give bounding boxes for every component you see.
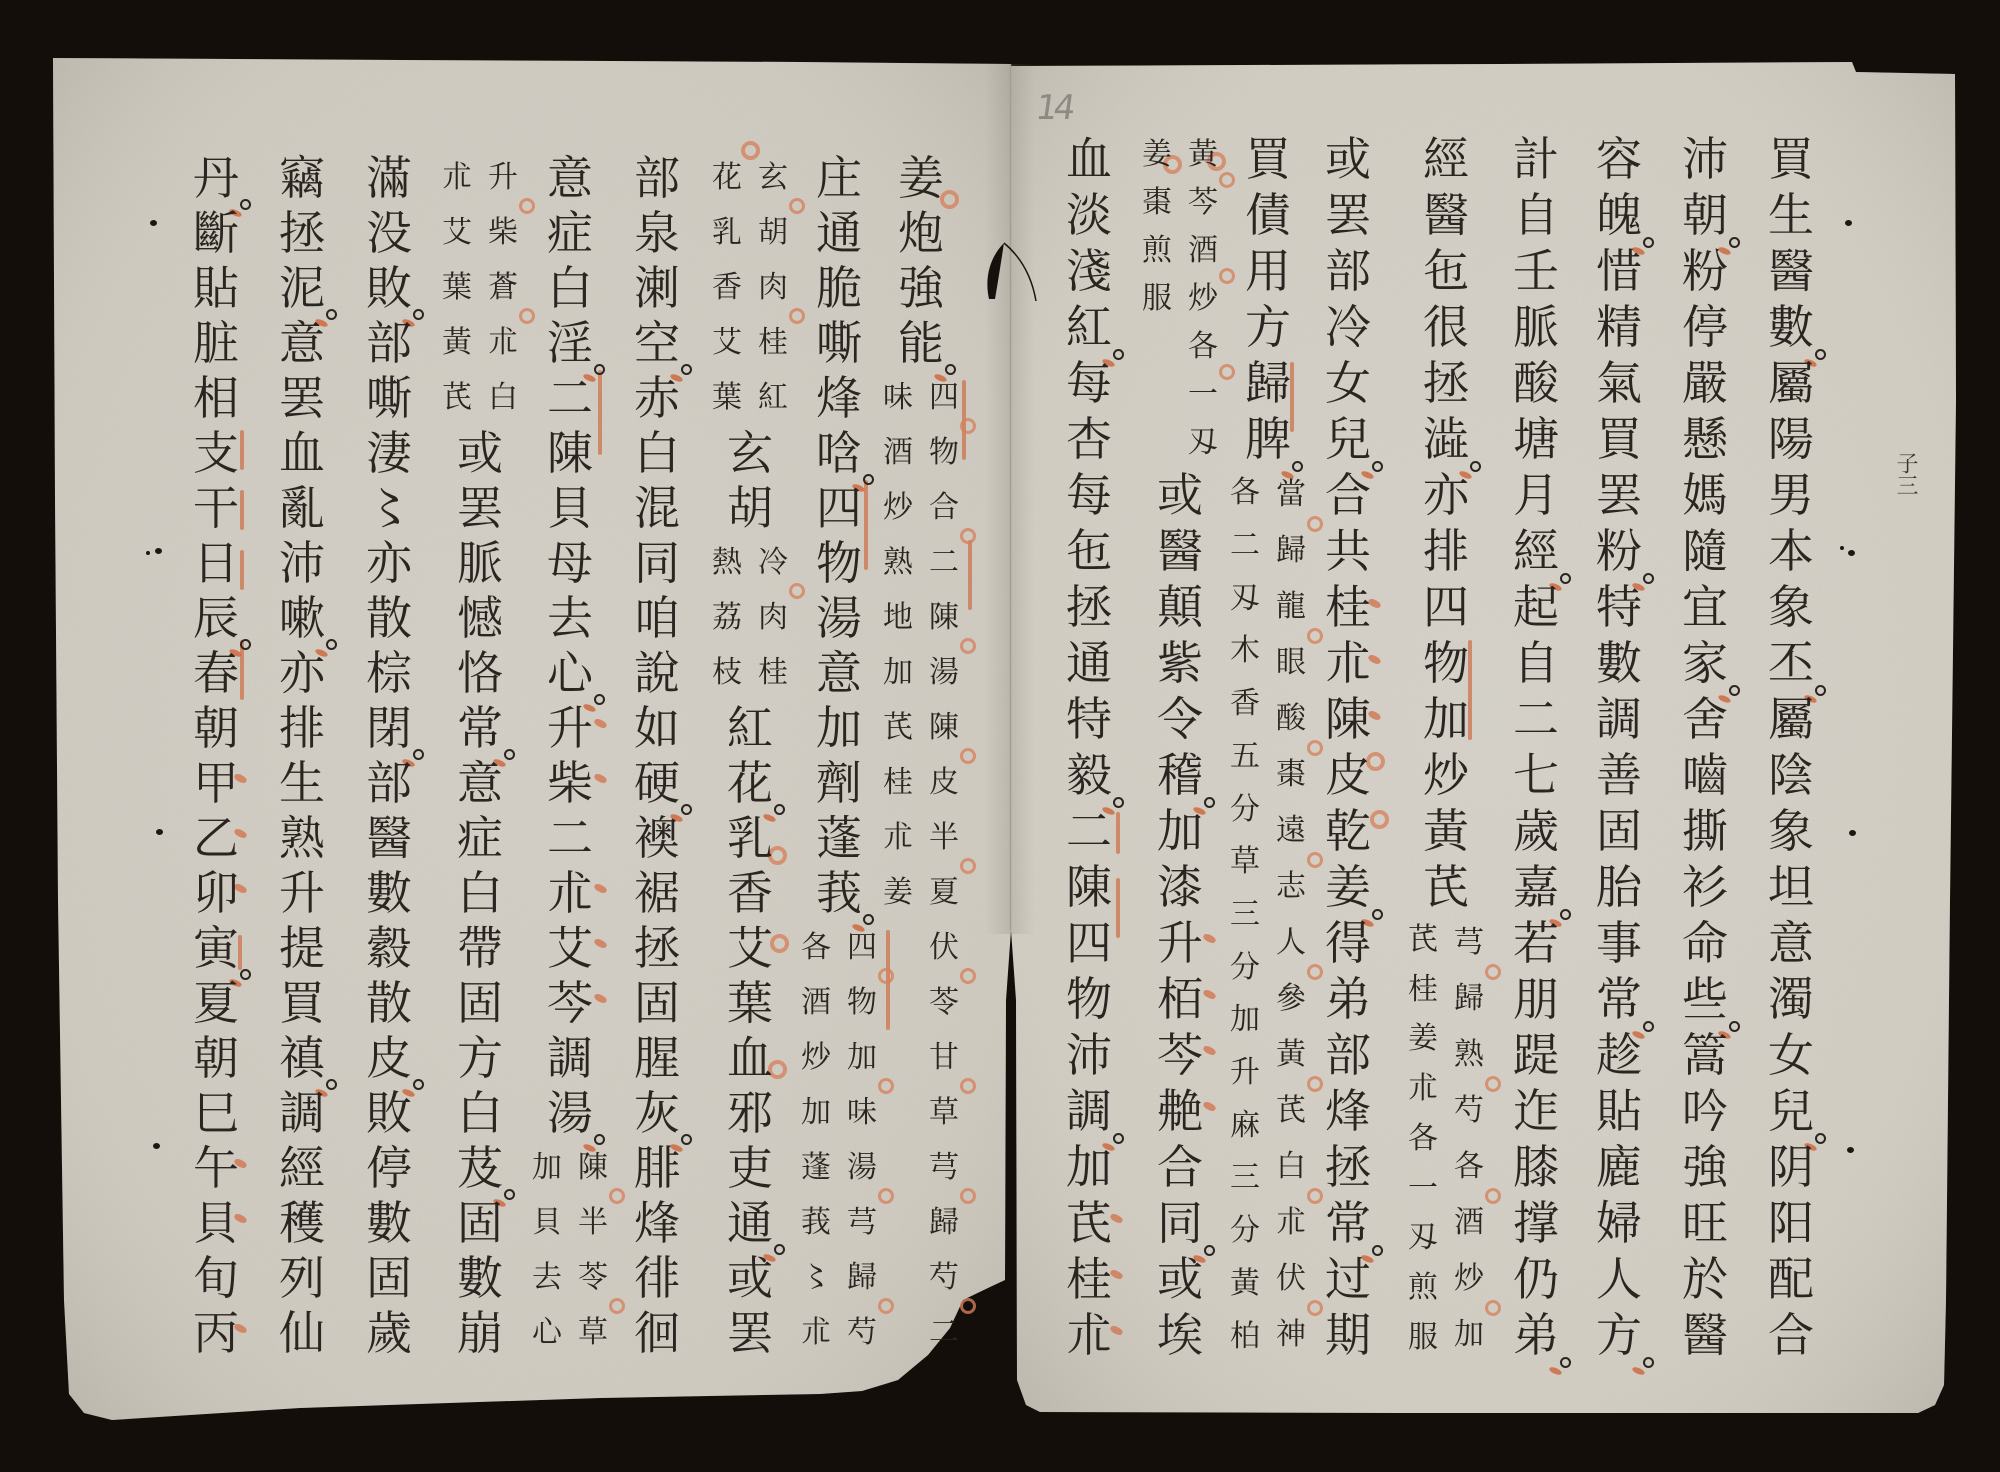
glyph: 竊 (274, 150, 330, 205)
left-page-text: 姜炮強能四物合二陳湯陳皮半夏伏苓甘草芎歸芍二味酒炒熟地加芪桂朮姜 庄通脆嘶烽唅四… (0, 0, 2000, 1472)
glyph: 血 (722, 1030, 778, 1085)
glyph: 加 (811, 700, 867, 755)
text-column-l8: 竊拯泥意罢血亂沛嗽亦排生熟升提買禛調經穫列仙 (274, 150, 330, 1360)
glyph: 嘶 (811, 315, 867, 370)
glyph: 二 (924, 1305, 964, 1360)
glyph: 皮 (361, 1030, 417, 1085)
glyph: 芍 (924, 1250, 964, 1305)
glyph: 閉 (361, 700, 417, 755)
glyph: 意 (274, 315, 330, 370)
glyph: 生 (274, 755, 330, 810)
glyph: 如 (629, 700, 685, 755)
glyph: 加 (878, 645, 918, 700)
glyph: 芨 (452, 1140, 508, 1195)
glyph: 桂 (878, 755, 918, 810)
glyph: 同 (629, 535, 685, 590)
glyph: 常 (452, 700, 508, 755)
glyph: 味 (842, 1085, 882, 1140)
glyph: 加 (796, 1085, 836, 1140)
glyph: 意 (542, 150, 598, 205)
glyph: 炮 (893, 205, 949, 260)
glyph: 白 (452, 865, 508, 920)
glyph: 通 (811, 205, 867, 260)
glyph: 崩 (452, 1305, 508, 1360)
text-column-l5: 意症白淫二陳貝母去心升柴二朮艾芩調湯陳半苓草加貝去心 (542, 150, 598, 1360)
glyph: 陳 (542, 425, 598, 480)
interlinear-note: 冷肉桂熱荔枝 (707, 535, 793, 700)
glyph: 固 (629, 975, 685, 1030)
glyph: 湯 (542, 1085, 598, 1140)
text-column-l6: 升柴蒼朮白朮艾葉黃芪或罢脈憾恪常意症白帶固方白芨固數崩 (452, 150, 508, 1360)
glyph: 貝 (188, 1195, 244, 1250)
glyph: 陳 (924, 590, 964, 645)
glyph: 母 (542, 535, 598, 590)
glyph: 炒 (878, 480, 918, 535)
glyph: 白 (629, 425, 685, 480)
glyph: 柴 (483, 205, 523, 260)
glyph: 帶 (452, 920, 508, 975)
glyph: 莪 (811, 865, 867, 920)
glyph: 棕 (361, 645, 417, 700)
glyph: 經 (274, 1140, 330, 1195)
glyph: 罢 (274, 370, 330, 425)
glyph: 陳 (924, 700, 964, 755)
glyph: 日 (188, 535, 244, 590)
glyph: 固 (361, 1250, 417, 1305)
glyph: 〻 (796, 1250, 836, 1305)
glyph: 紅 (722, 700, 778, 755)
glyph: 午 (188, 1140, 244, 1195)
glyph: 歲 (361, 1305, 417, 1360)
glyph: 赤 (629, 370, 685, 425)
glyph: 敗 (361, 1085, 417, 1140)
glyph: 枝 (707, 645, 747, 700)
interlinear-note: 陳半苓草加貝去心 (527, 1140, 613, 1360)
glyph: 禛 (274, 1030, 330, 1085)
glyph: 貼 (188, 260, 244, 315)
glyph: 夏 (924, 865, 964, 920)
glyph: 咱 (629, 590, 685, 645)
glyph: 泉 (629, 205, 685, 260)
glyph: 歸 (924, 1195, 964, 1250)
glyph: 朝 (188, 700, 244, 755)
glyph: 冷 (753, 535, 793, 590)
glyph: 甲 (188, 755, 244, 810)
glyph: 草 (924, 1085, 964, 1140)
glyph: 罢 (722, 1305, 778, 1360)
note-left-line: 朮艾葉黃芪 (437, 150, 477, 425)
glyph: 湯 (924, 645, 964, 700)
glyph: 芎 (842, 1195, 882, 1250)
glyph: 買 (274, 975, 330, 1030)
glyph: 列 (274, 1250, 330, 1305)
glyph: 唅 (811, 425, 867, 480)
glyph: 丙 (188, 1305, 244, 1360)
glyph: 酒 (878, 425, 918, 480)
glyph: 通 (722, 1195, 778, 1250)
glyph: 朮 (483, 315, 523, 370)
glyph: 熟 (878, 535, 918, 590)
glyph: 夏 (188, 975, 244, 1030)
glyph: 方 (452, 1030, 508, 1085)
glyph: 花 (707, 150, 747, 205)
text-column-l4: 部泉溂空赤白混同咱說如硬襖裾拯固腥灰腓烽徘徊 (629, 150, 685, 1360)
text-column-l7: 滿没敗部嘶淒〻亦散棕閉部醫數縠散皮敗停數固歲 (361, 150, 417, 1360)
glyph: 紅 (753, 370, 793, 425)
glyph: 春 (188, 645, 244, 700)
glyph: 朮 (796, 1305, 836, 1360)
glyph: 二 (542, 370, 598, 425)
glyph: 恪 (452, 645, 508, 700)
text-column-l2: 庄通脆嘶烽唅四物湯意加劑蓬莪四物加味湯芎歸芍各酒炒加蓬莪〻朮 (811, 150, 867, 1360)
glyph: 四 (924, 370, 964, 425)
glyph: 腥 (629, 1030, 685, 1085)
glyph: 或 (452, 425, 508, 480)
glyph: 部 (361, 755, 417, 810)
glyph: 去 (542, 590, 598, 645)
note-left-line: 味酒炒熟地加芪桂朮姜 (878, 370, 918, 1360)
glyph: 香 (722, 865, 778, 920)
glyph: 灰 (629, 1085, 685, 1140)
glyph: 胡 (722, 480, 778, 535)
glyph: 散 (361, 590, 417, 645)
glyph: 旬 (188, 1250, 244, 1305)
glyph: 物 (924, 425, 964, 480)
glyph: 莪 (796, 1195, 836, 1250)
glyph: 烽 (811, 370, 867, 425)
glyph: 加 (527, 1140, 567, 1195)
glyph: 丹 (188, 150, 244, 205)
glyph: 症 (452, 810, 508, 865)
glyph: 意 (811, 645, 867, 700)
glyph: 劑 (811, 755, 867, 810)
glyph: 姜 (878, 865, 918, 920)
glyph: 裾 (629, 865, 685, 920)
glyph: 罢 (452, 480, 508, 535)
glyph: 停 (361, 1140, 417, 1195)
glyph: 朝 (188, 1030, 244, 1085)
glyph: 泥 (274, 260, 330, 315)
glyph: 艾 (542, 920, 598, 975)
glyph: 皮 (924, 755, 964, 810)
glyph: 陳 (573, 1140, 613, 1195)
glyph: 脏 (188, 315, 244, 370)
glyph: 脆 (811, 260, 867, 315)
glyph: 數 (361, 1195, 417, 1250)
glyph: 香 (707, 260, 747, 315)
glyph: 能 (893, 315, 949, 370)
glyph: 意 (452, 755, 508, 810)
glyph: 歸 (842, 1250, 882, 1305)
glyph: 烽 (629, 1195, 685, 1250)
glyph: 庄 (811, 150, 867, 205)
glyph: 葉 (722, 975, 778, 1030)
glyph: 縠 (361, 920, 417, 975)
glyph: 玄 (753, 150, 793, 205)
glyph: 脈 (452, 535, 508, 590)
glyph: 敗 (361, 260, 417, 315)
glyph: 提 (274, 920, 330, 975)
glyph: 淫 (542, 315, 598, 370)
glyph: 溂 (629, 260, 685, 315)
glyph: 玄 (722, 425, 778, 480)
glyph: 乳 (707, 205, 747, 260)
glyph: 貝 (542, 480, 598, 535)
glyph: 卯 (188, 865, 244, 920)
glyph: 朮 (878, 810, 918, 865)
glyph: 蒼 (483, 260, 523, 315)
glyph: 荔 (707, 590, 747, 645)
text-column-l3: 玄胡肉桂紅花乳香艾葉玄胡冷肉桂熱荔枝紅花乳香艾葉血邪吏通或罢 (722, 150, 778, 1360)
glyph: 胡 (753, 205, 793, 260)
glyph: 憾 (452, 590, 508, 645)
glyph: 白 (542, 260, 598, 315)
glyph: 心 (542, 645, 598, 700)
glyph: 芎 (924, 1140, 964, 1195)
glyph: 桂 (753, 645, 793, 700)
glyph: 半 (573, 1195, 613, 1250)
note-right-line: 陳半苓草 (573, 1140, 613, 1360)
glyph: 芍 (842, 1305, 882, 1360)
glyph: 斷 (188, 205, 244, 260)
glyph: 巳 (188, 1085, 244, 1140)
glyph: 散 (361, 975, 417, 1030)
glyph: 徊 (629, 1305, 685, 1360)
glyph: 葉 (707, 370, 747, 425)
glyph: 拯 (629, 920, 685, 975)
glyph: 蓬 (796, 1140, 836, 1195)
glyph: 排 (274, 700, 330, 755)
glyph: 物 (842, 975, 882, 1030)
glyph: 調 (542, 1030, 598, 1085)
glyph: 加 (842, 1030, 882, 1085)
glyph: 芩 (542, 975, 598, 1030)
glyph: 白 (452, 1085, 508, 1140)
glyph: 湯 (842, 1140, 882, 1195)
glyph: 亂 (274, 480, 330, 535)
glyph: 合 (924, 480, 964, 535)
glyph: 淒 (361, 425, 417, 480)
glyph: 草 (573, 1305, 613, 1360)
glyph: 伏 (924, 920, 964, 975)
glyph: 艾 (707, 315, 747, 370)
glyph: 症 (542, 205, 598, 260)
glyph: 苓 (573, 1250, 613, 1305)
glyph: 葉 (437, 260, 477, 315)
glyph: 亦 (274, 645, 330, 700)
text-column-l9: 丹斷貼脏相支干日辰春朝甲乙卯寅夏朝巳午貝旬丙 (188, 150, 244, 1360)
glyph: 白 (483, 370, 523, 425)
glyph: 拯 (274, 205, 330, 260)
glyph: 半 (924, 810, 964, 865)
glyph: 調 (274, 1085, 330, 1140)
glyph: 乙 (188, 810, 244, 865)
glyph: 二 (924, 535, 964, 590)
glyph: 升 (274, 865, 330, 920)
glyph: 襖 (629, 810, 685, 865)
glyph: 苓 (924, 975, 964, 1030)
glyph: 熱 (707, 535, 747, 590)
glyph: 支 (188, 425, 244, 480)
interlinear-note: 四物合二陳湯陳皮半夏伏苓甘草芎歸芍二味酒炒熟地加芪桂朮姜 (878, 370, 964, 1360)
glyph: 没 (361, 205, 417, 260)
glyph: 升 (483, 150, 523, 205)
glyph: 穫 (274, 1195, 330, 1250)
glyph: 辰 (188, 590, 244, 645)
note-right-line: 四物合二陳湯陳皮半夏伏苓甘草芎歸芍二 (924, 370, 964, 1360)
glyph: 去 (527, 1250, 567, 1305)
note-left-line: 加貝去心 (527, 1140, 567, 1360)
glyph: 說 (629, 645, 685, 700)
glyph: 花 (722, 755, 778, 810)
glyph: 二 (542, 810, 598, 865)
glyph: 各 (796, 920, 836, 975)
glyph: 部 (629, 150, 685, 205)
glyph: 桂 (753, 315, 793, 370)
glyph: 相 (188, 370, 244, 425)
interlinear-note: 四物加味湯芎歸芍各酒炒加蓬莪〻朮 (796, 920, 882, 1360)
glyph: 吏 (722, 1140, 778, 1195)
glyph: 滿 (361, 150, 417, 205)
glyph: 腓 (629, 1140, 685, 1195)
glyph: 柴 (542, 755, 598, 810)
glyph: 醫 (361, 810, 417, 865)
glyph: 亦 (361, 535, 417, 590)
note-left-line: 花乳香艾葉 (707, 150, 747, 425)
glyph: 地 (878, 590, 918, 645)
glyph: 干 (188, 480, 244, 535)
glyph: 邪 (722, 1085, 778, 1140)
note-left-line: 各酒炒加蓬莪〻朮 (796, 920, 836, 1360)
glyph: 或 (722, 1250, 778, 1305)
glyph: 沛 (274, 535, 330, 590)
glyph: 血 (274, 425, 330, 480)
glyph: 艾 (722, 920, 778, 975)
glyph: 四 (811, 480, 867, 535)
interlinear-note: 升柴蒼朮白朮艾葉黃芪 (437, 150, 523, 425)
glyph: 強 (893, 260, 949, 315)
glyph: 〻 (361, 480, 417, 535)
note-right-line: 四物加味湯芎歸芍 (842, 920, 882, 1360)
glyph: 數 (452, 1250, 508, 1305)
glyph: 嘶 (361, 370, 417, 425)
glyph: 芪 (878, 700, 918, 755)
text-column-l1: 姜炮強能四物合二陳湯陳皮半夏伏苓甘草芎歸芍二味酒炒熟地加芪桂朮姜 (893, 150, 949, 1360)
glyph: 艾 (437, 205, 477, 260)
note-right-line: 升柴蒼朮白 (483, 150, 523, 425)
glyph: 數 (361, 865, 417, 920)
glyph: 味 (878, 370, 918, 425)
glyph: 蓬 (811, 810, 867, 865)
glyph: 心 (527, 1305, 567, 1360)
note-right-line: 冷肉桂 (753, 535, 793, 700)
glyph: 固 (452, 1195, 508, 1250)
glyph: 朮 (542, 865, 598, 920)
glyph: 朮 (437, 150, 477, 205)
glyph: 貝 (527, 1195, 567, 1250)
glyph: 空 (629, 315, 685, 370)
interlinear-note: 玄胡肉桂紅花乳香艾葉 (707, 150, 793, 425)
glyph: 炒 (796, 1030, 836, 1085)
glyph: 肉 (753, 260, 793, 315)
glyph: 甘 (924, 1030, 964, 1085)
glyph: 熟 (274, 810, 330, 865)
glyph: 湯 (811, 590, 867, 645)
glyph: 徘 (629, 1250, 685, 1305)
glyph: 部 (361, 315, 417, 370)
glyph: 固 (452, 975, 508, 1030)
glyph: 混 (629, 480, 685, 535)
glyph: 肉 (753, 590, 793, 645)
glyph: 物 (811, 535, 867, 590)
glyph: 芪 (437, 370, 477, 425)
glyph: 寅 (188, 920, 244, 975)
glyph: 仙 (274, 1305, 330, 1360)
glyph: 硬 (629, 755, 685, 810)
note-left-line: 熱荔枝 (707, 535, 747, 700)
glyph: 升 (542, 700, 598, 755)
glyph: 酒 (796, 975, 836, 1030)
glyph: 姜 (893, 150, 949, 205)
glyph: 乳 (722, 810, 778, 865)
glyph: 黃 (437, 315, 477, 370)
note-right-line: 玄胡肉桂紅 (753, 150, 793, 425)
glyph: 四 (842, 920, 882, 975)
glyph: 嗽 (274, 590, 330, 645)
